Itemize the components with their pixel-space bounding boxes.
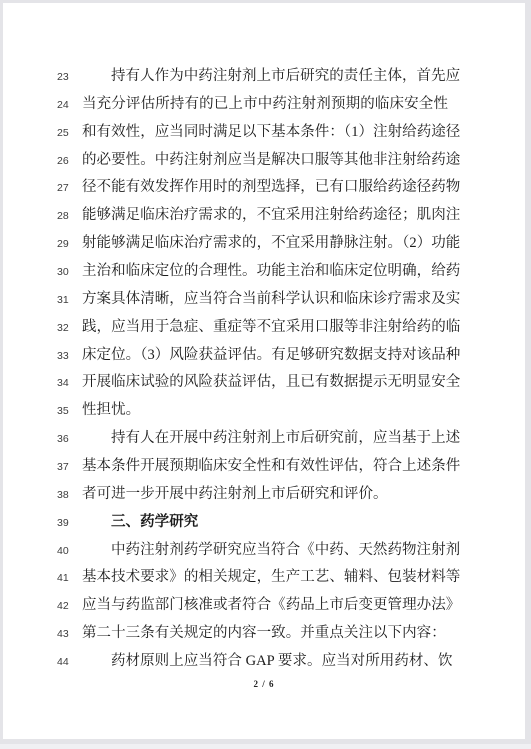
- line-number: 27: [57, 175, 82, 203]
- line-number: 23: [57, 64, 82, 92]
- document-line: 43 第二十三条有关规定的内容一致。并重点关注以下内容：: [3, 620, 525, 648]
- line-text: 第二十三条有关规定的内容一致。并重点关注以下内容：: [82, 620, 448, 648]
- document-line: 44 药材原则上应当符合 GAP 要求。应当对所用药材、饮: [3, 648, 525, 676]
- document-line: 25 和有效性，应当同时满足以下基本条件：（1）注射给药途径: [3, 119, 525, 147]
- document-line: 23 持有人作为中药注射剂上市后研究的责任主体，首先应: [3, 63, 525, 91]
- document-text-block: 23 持有人作为中药注射剂上市后研究的责任主体，首先应 24 当充分评估所持有的…: [3, 63, 525, 676]
- document-line: 28 能够满足临床治疗需求的，不宜采用注射给药途径；肌肉注: [3, 202, 525, 230]
- document-line: 34 开展临床试验的风险获益评估，且已有数据提示无明显安全: [3, 369, 525, 397]
- line-number: 29: [57, 231, 82, 259]
- document-line: 40 中药注射剂药学研究应当符合《中药、天然药物注射剂: [3, 537, 525, 565]
- line-number: 42: [57, 593, 82, 621]
- line-text: 基本条件开展预期临床安全性和有效性评估，符合上述条件: [82, 453, 448, 481]
- document-line: 41 基本技术要求》的相关规定，生产工艺、辅料、包装材料等: [3, 564, 525, 592]
- line-number: 41: [57, 565, 82, 593]
- viewer-bottom-edge: [0, 744, 531, 749]
- line-text: 三、药学研究: [82, 509, 448, 537]
- line-number: 28: [57, 203, 82, 231]
- line-number: 26: [57, 148, 82, 176]
- line-text: 和有效性，应当同时满足以下基本条件：（1）注射给药途径: [82, 119, 448, 147]
- document-line: 30 主治和临床定位的合理性。功能主治和临床定位明确，给药: [3, 258, 525, 286]
- line-number: 25: [57, 120, 82, 148]
- line-text: 持有人在开展中药注射剂上市后研究前，应当基于上述: [82, 425, 448, 453]
- document-line: 37 基本条件开展预期临床安全性和有效性评估，符合上述条件: [3, 453, 525, 481]
- line-text: 径不能有效发挥作用时的剂型选择，已有口服给药途径药物: [82, 174, 448, 202]
- line-text: 应当与药监部门核准或者符合《药品上市后变更管理办法》: [82, 592, 448, 620]
- line-number: 43: [57, 621, 82, 649]
- line-number: 24: [57, 92, 82, 120]
- line-text: 的必要性。中药注射剂应当是解决口服等其他非注射给药途: [82, 147, 448, 175]
- line-number: 36: [57, 426, 82, 454]
- document-line: 33 床定位。（3）风险获益评估。有足够研究数据支持对该品种: [3, 342, 525, 370]
- line-number: 33: [57, 343, 82, 371]
- line-text: 当充分评估所持有的已上市中药注射剂预期的临床安全性: [82, 91, 448, 119]
- document-line: 31 方案具体清晰，应当符合当前科学认识和临床诊疗需求及实: [3, 286, 525, 314]
- line-number: 35: [57, 398, 82, 426]
- document-line: 42 应当与药监部门核准或者符合《药品上市后变更管理办法》: [3, 592, 525, 620]
- document-line: 27 径不能有效发挥作用时的剂型选择，已有口服给药途径药物: [3, 174, 525, 202]
- line-text: 床定位。（3）风险获益评估。有足够研究数据支持对该品种: [82, 342, 448, 370]
- document-line: 24 当充分评估所持有的已上市中药注射剂预期的临床安全性: [3, 91, 525, 119]
- line-number: 44: [57, 649, 82, 677]
- line-text: 者可进一步开展中药注射剂上市后研究和评价。: [82, 481, 448, 509]
- document-line: 39 三、药学研究: [3, 509, 525, 537]
- document-line: 29 射能够满足临床治疗需求的，不宜采用静脉注射。（2）功能: [3, 230, 525, 258]
- document-line: 32 践，应当用于急症、重症等不宜采用口服等非注射给药的临: [3, 314, 525, 342]
- line-text: 主治和临床定位的合理性。功能主治和临床定位明确，给药: [82, 258, 448, 286]
- line-text: 践，应当用于急症、重症等不宜采用口服等非注射给药的临: [82, 314, 448, 342]
- line-number: 30: [57, 259, 82, 287]
- line-text: 能够满足临床治疗需求的，不宜采用注射给药途径；肌肉注: [82, 202, 448, 230]
- line-number: 39: [57, 510, 82, 538]
- line-text: 药材原则上应当符合 GAP 要求。应当对所用药材、饮: [82, 648, 448, 676]
- line-number: 37: [57, 454, 82, 482]
- document-page: 23 持有人作为中药注射剂上市后研究的责任主体，首先应 24 当充分评估所持有的…: [3, 3, 525, 739]
- document-line: 35 性担忧。: [3, 397, 525, 425]
- document-line: 38 者可进一步开展中药注射剂上市后研究和评价。: [3, 481, 525, 509]
- line-number: 34: [57, 370, 82, 398]
- document-line: 36 持有人在开展中药注射剂上市后研究前，应当基于上述: [3, 425, 525, 453]
- document-line: 26 的必要性。中药注射剂应当是解决口服等其他非注射给药途: [3, 147, 525, 175]
- line-number: 40: [57, 538, 82, 566]
- line-text: 中药注射剂药学研究应当符合《中药、天然药物注射剂: [82, 537, 448, 565]
- line-text: 基本技术要求》的相关规定，生产工艺、辅料、包装材料等: [82, 564, 448, 592]
- line-number: 31: [57, 287, 82, 315]
- line-number: 38: [57, 482, 82, 510]
- line-text: 性担忧。: [82, 397, 448, 425]
- line-text: 持有人作为中药注射剂上市后研究的责任主体，首先应: [82, 63, 448, 91]
- page-number-indicator: 2 / 6: [3, 679, 525, 689]
- line-number: 32: [57, 315, 82, 343]
- line-text: 方案具体清晰，应当符合当前科学认识和临床诊疗需求及实: [82, 286, 448, 314]
- line-text: 射能够满足临床治疗需求的，不宜采用静脉注射。（2）功能: [82, 230, 448, 258]
- line-text: 开展临床试验的风险获益评估，且已有数据提示无明显安全: [82, 369, 448, 397]
